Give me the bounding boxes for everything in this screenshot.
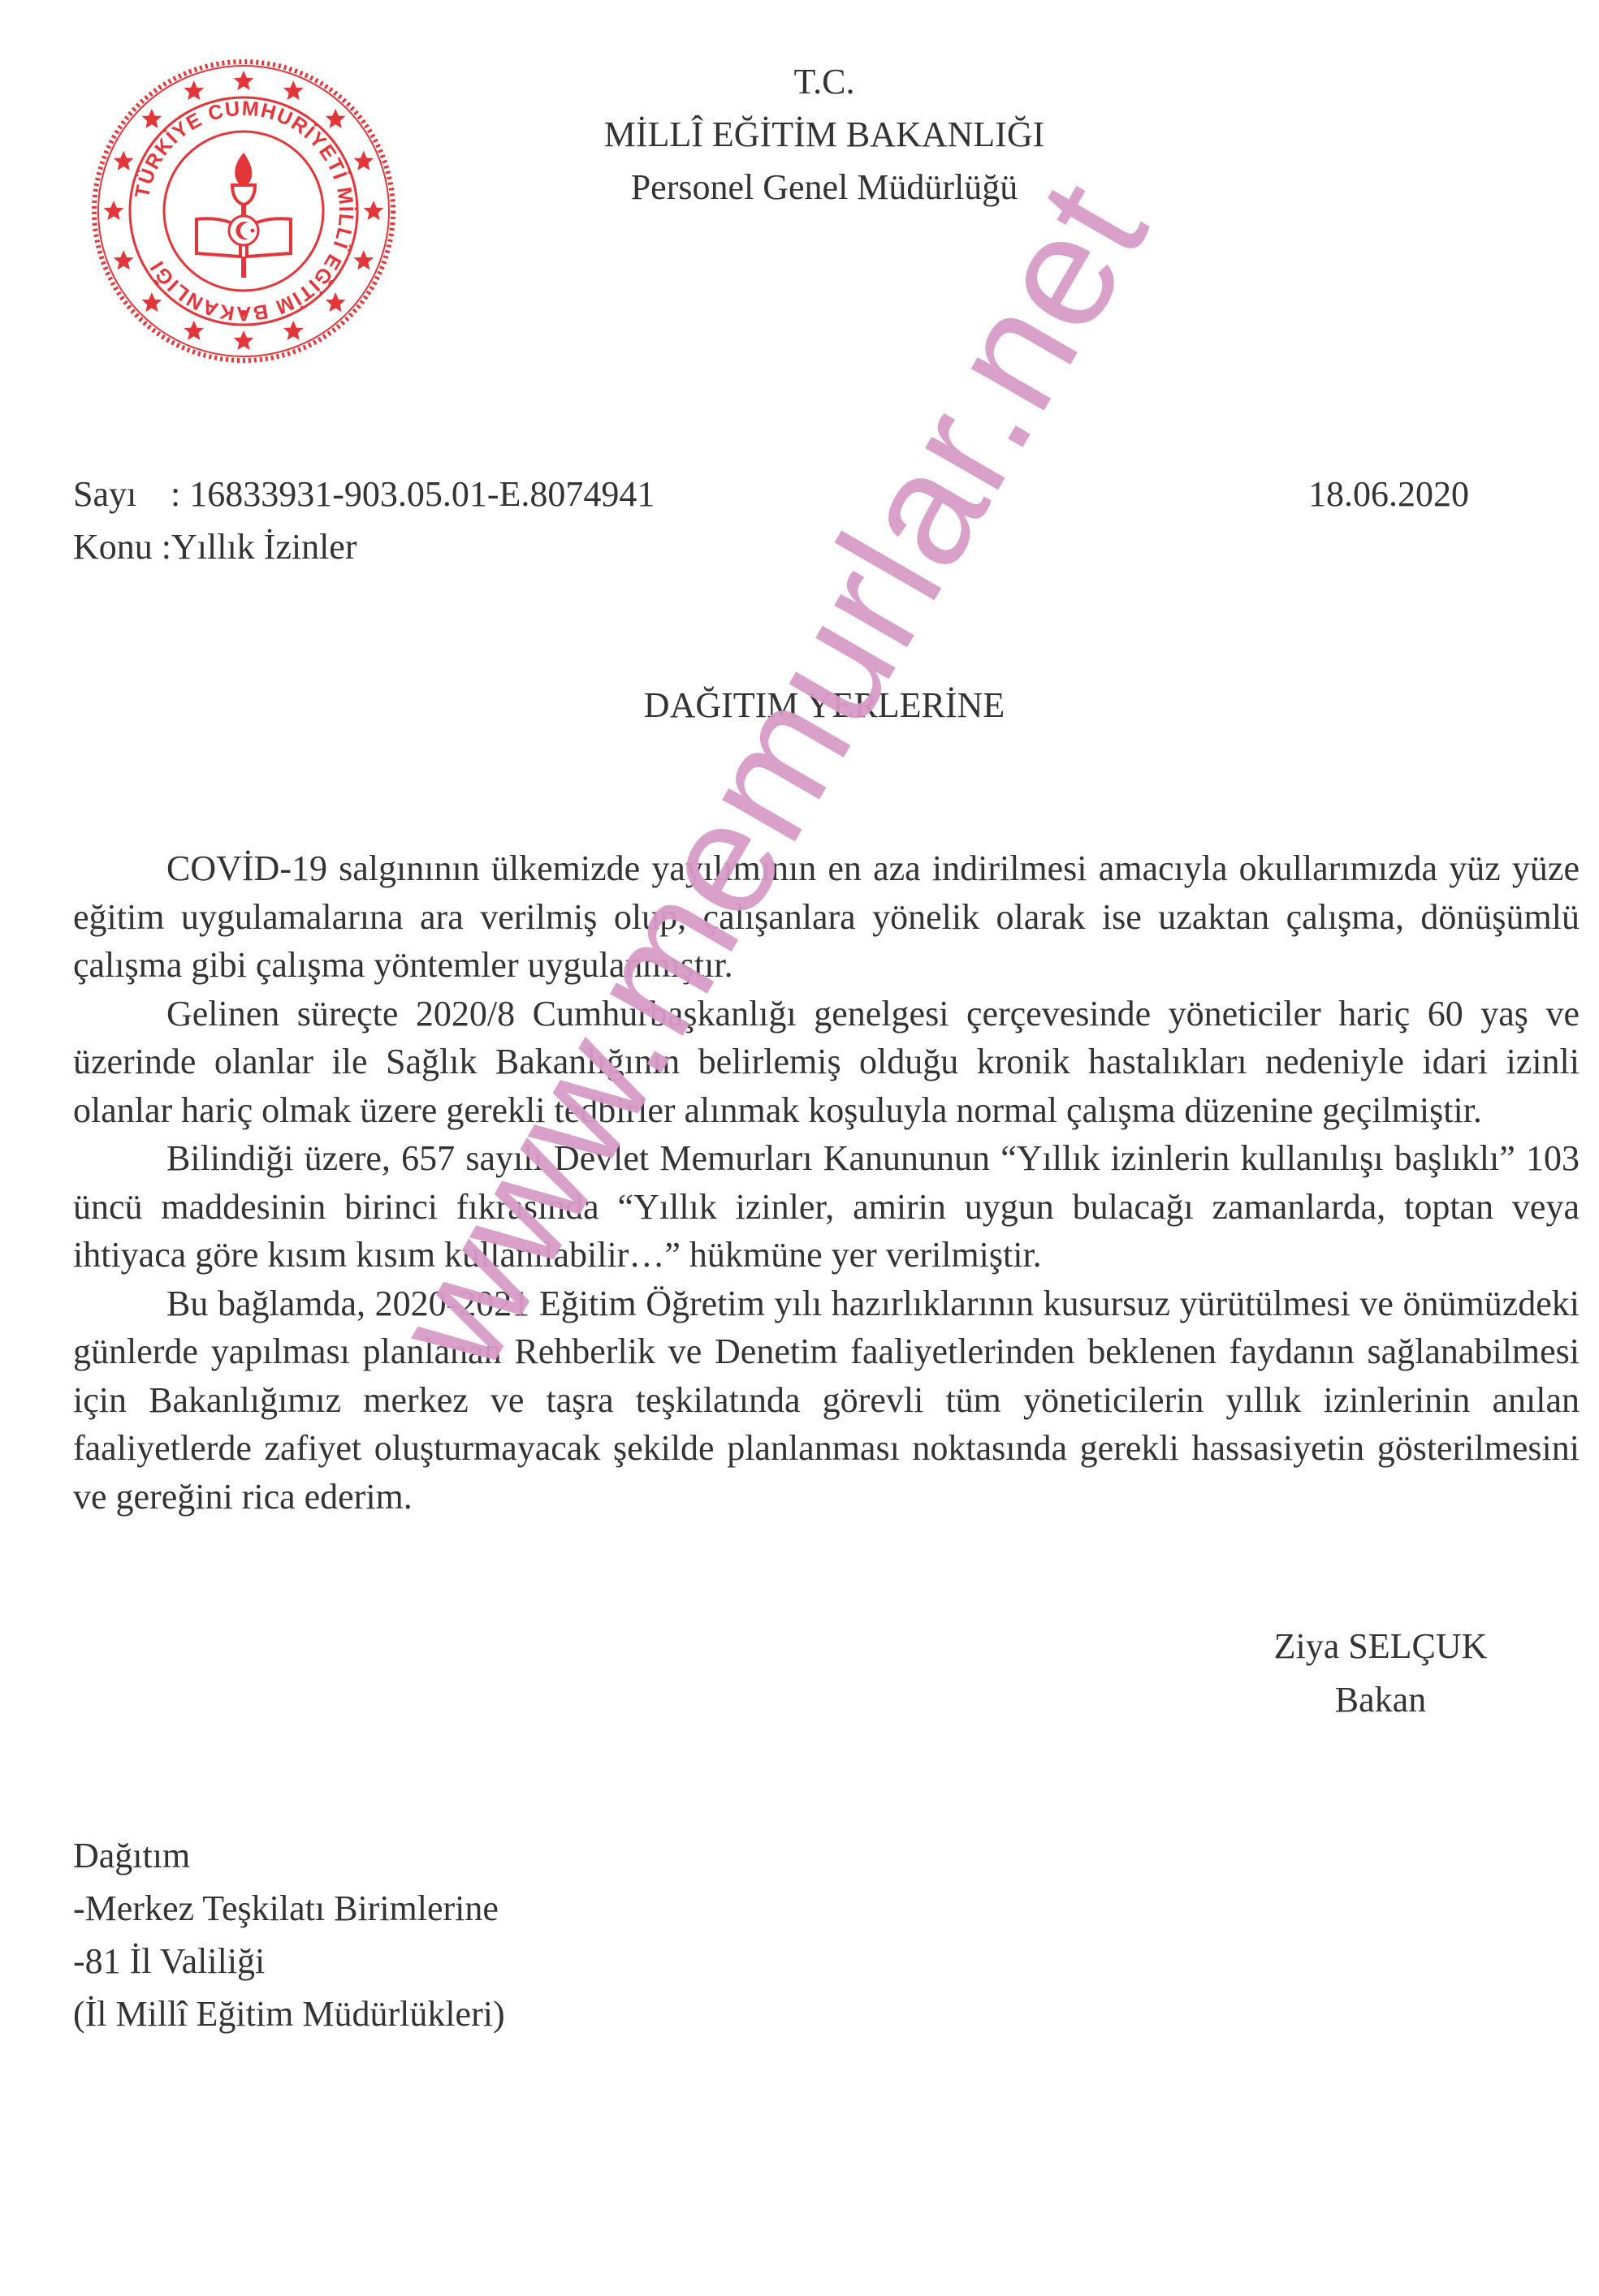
letterhead: T.C. MİLLÎ EĞİTİM BAKANLIĞI Personel Gen…: [499, 55, 1149, 214]
reference-number-value: : 16833931-903.05.01-E.8074941: [171, 474, 655, 514]
subject-label: Konu: [73, 526, 153, 568]
reference-number-line: Sayı: 16833931-903.05.01-E.8074941: [73, 473, 655, 515]
header-country: T.C.: [499, 55, 1149, 108]
signature-block: Ziya SELÇUK Bakan: [1218, 1620, 1543, 1727]
header-ministry: MİLLÎ EĞİTİM BAKANLIĞI: [499, 108, 1149, 161]
addressee-heading: DAĞITIM YERLERİNE: [0, 684, 1599, 726]
distribution-item: -Merkez Teşkilatı Birimlerine: [73, 1882, 505, 1935]
body-paragraph: Bilindiği üzere, 657 sayılı Devlet Memur…: [73, 1134, 1580, 1280]
ministry-seal-icon: TÜRKİYE CUMHURİYETİ MİLLÎ EĞİTİM BAKANLI…: [89, 57, 398, 365]
letter-body: COVİD-19 salgınının ülkemizde yayılımını…: [73, 844, 1580, 1521]
subject-value: :Yıllık İzinler: [162, 527, 357, 567]
body-paragraph: Bu bağlamda, 2020-2021 Eğitim Öğretim yı…: [73, 1280, 1580, 1521]
signatory-title: Bakan: [1218, 1673, 1543, 1727]
subject-line: Konu :Yıllık İzinler: [73, 526, 357, 568]
distribution-list: Dağıtım -Merkez Teşkilatı Birimlerine -8…: [73, 1829, 505, 2040]
body-paragraph: COVİD-19 salgınının ülkemizde yayılımını…: [73, 844, 1580, 990]
signatory-name: Ziya SELÇUK: [1218, 1620, 1543, 1673]
document-page: TÜRKİYE CUMHURİYETİ MİLLÎ EĞİTİM BAKANLI…: [0, 0, 1599, 2296]
distribution-heading: Dağıtım: [73, 1829, 505, 1882]
distribution-item: -81 İl Valiliği: [73, 1935, 505, 1987]
distribution-item: (İl Millî Eğitim Müdürlükleri): [73, 1987, 505, 2040]
document-date: 18.06.2020: [1308, 473, 1469, 515]
reference-number-label: Sayı: [73, 473, 171, 515]
header-department: Personel Genel Müdürlüğü: [499, 161, 1149, 214]
body-paragraph: Gelinen süreçte 2020/8 Cumhurbaşkanlığı …: [73, 990, 1580, 1135]
